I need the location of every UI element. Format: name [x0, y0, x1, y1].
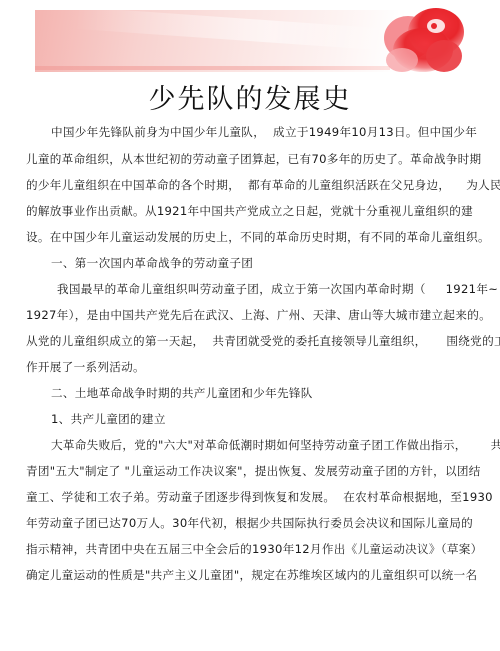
paragraph-line: 年劳动童子团已达70万人。30年代初，根据少共国际执行委员会决议和国际儿童局的	[26, 515, 473, 531]
paragraph-line: 设。在中国少年儿童运动发展的历史上，不同的革命历史时期，有不同的革命儿童组织。	[26, 229, 490, 245]
paragraph-line: 1927年），是由中国共产党先后在武汉、上海、广州、天津、唐山等大城市建立起来的…	[26, 307, 491, 323]
document-title: 少先队的发展史	[0, 77, 500, 116]
paragraph-line: 指示精神，共青团中央在五届三中全会后的1930年12月作出《儿童运动决议》（草案…	[26, 541, 483, 557]
paragraph-line: 大革命失败后，党的"六大"对革命低潮时期如何坚持劳动童子团工作做出指示， 共	[51, 437, 500, 453]
paragraph-line: 作开展了一系列活动。	[26, 359, 145, 375]
red-flower-icon	[378, 8, 464, 74]
banner-underline	[35, 66, 390, 70]
paragraph-line: 的少年儿童组织在中国革命的各个时期， 都有革命的儿童组织活跃在父兄身边， 为人民	[26, 177, 500, 193]
paragraph-line: 青团"五大"制定了 "儿童运动工作决议案"，提出恢复、发展劳动童子团的方针，以团…	[26, 463, 481, 479]
subsection-heading: 1、共产儿童团的建立	[51, 411, 166, 427]
paragraph-line: 从党的儿童组织成立的第一天起， 共青团就受党的委托直接领导儿童组织， 围绕党的工	[26, 333, 500, 349]
paragraph-line: 童工、学徒和工农子弟。劳动童子团逐步得到恢复和发展。 在农村革命根据地，至193…	[26, 489, 493, 505]
paragraph-line: 我国最早的革命儿童组织叫劳动童子团，成立于第一次国内革命时期（ 1921年~	[57, 281, 498, 297]
paragraph-line: 儿童的革命组织，从本世纪初的劳动童子团算起，已有70多年的历史了。革命战争时期	[26, 151, 481, 167]
paragraph-line: 确定儿童运动的性质是"共产主义儿童团"，规定在苏维埃区域内的儿童组织可以统一名	[26, 567, 477, 583]
banner-light-streak	[75, 10, 396, 51]
paragraph-line: 中国少年先锋队前身为中国少年儿童队， 成立于1949年10月13日。但中国少年	[51, 124, 477, 140]
paragraph-line: 的解放事业作出贡献。从1921年中国共产党成立之日起，党就十分重视儿童组织的建	[26, 203, 473, 219]
section-heading: 二、土地革命战争时期的共产儿童团和少年先锋队	[51, 385, 313, 401]
section-heading: 一、第一次国内革命战争的劳动童子团	[51, 255, 253, 271]
